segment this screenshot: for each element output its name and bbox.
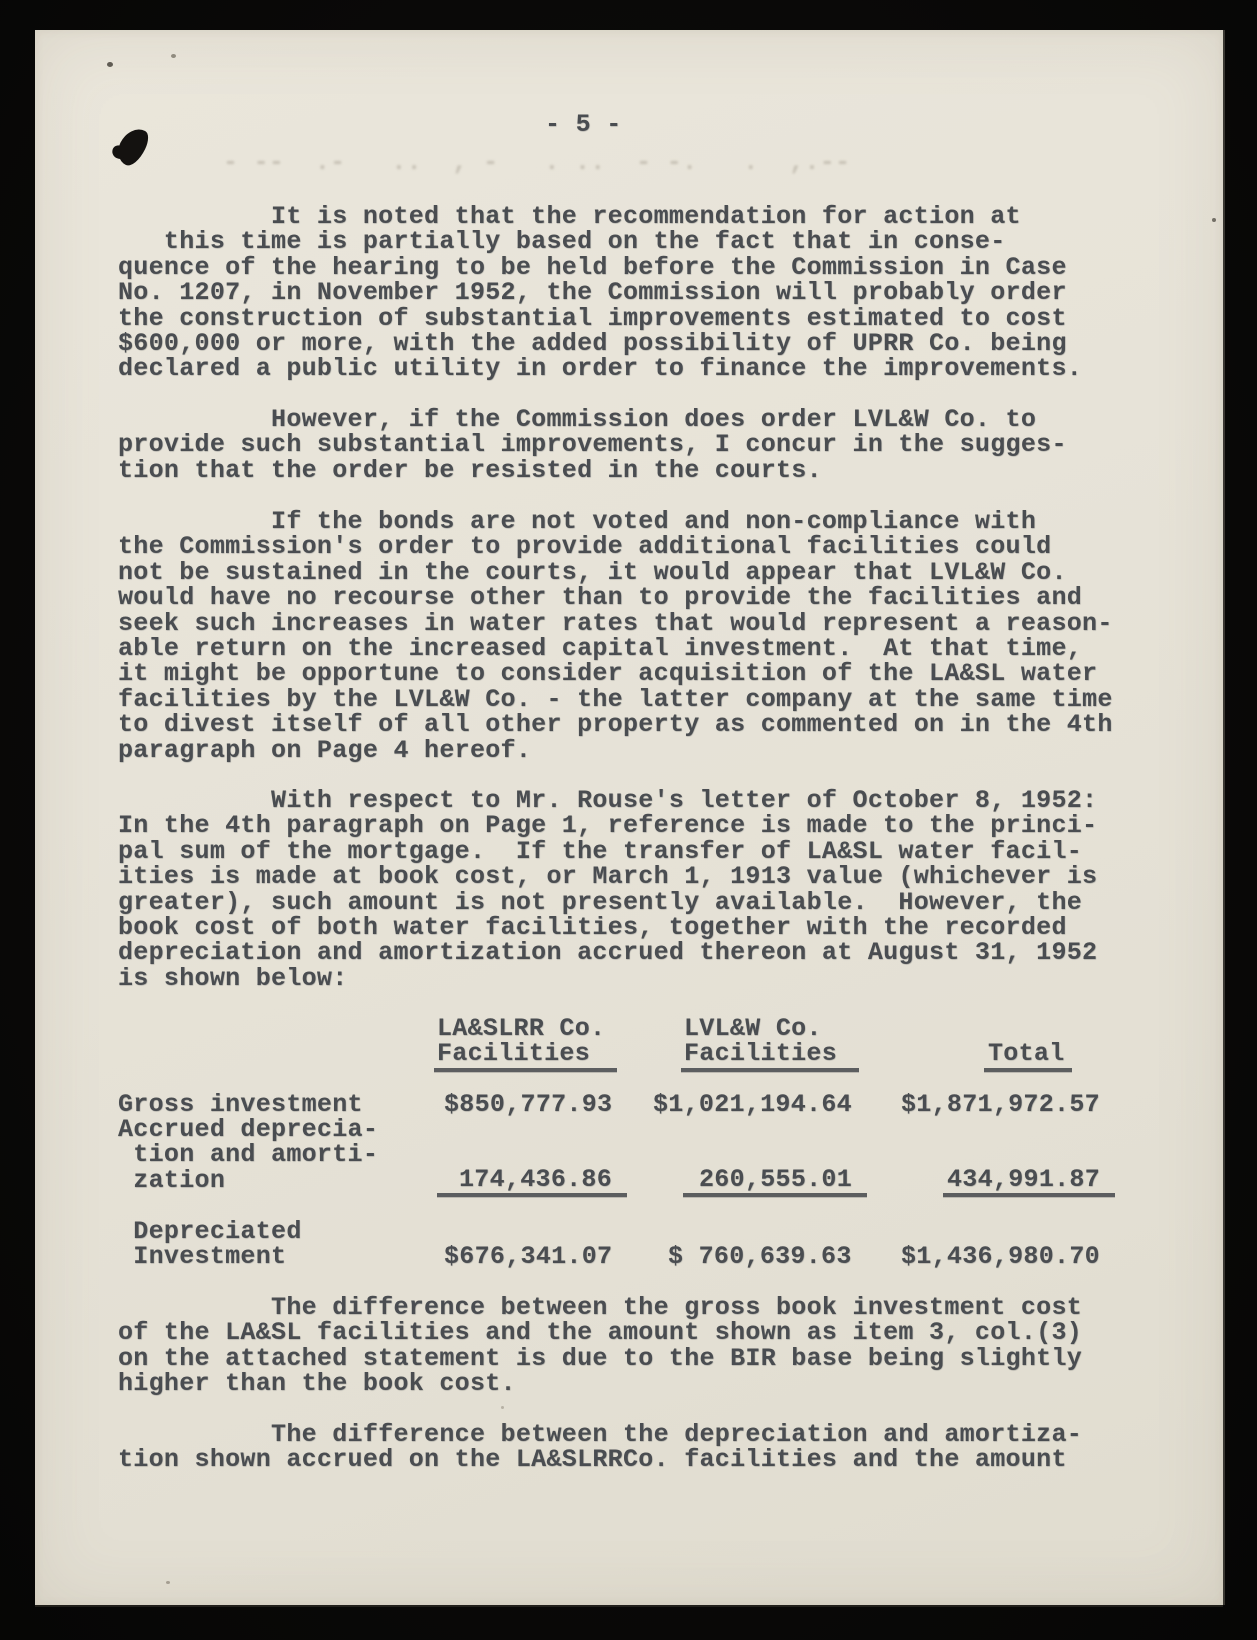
- paper-speck: [166, 1581, 170, 1584]
- paper-speck: [501, 1406, 504, 1409]
- ink-blot: [113, 123, 153, 169]
- paragraph-6: The difference between the depreciation …: [118, 1422, 1082, 1473]
- header-underline: [984, 1068, 1072, 1072]
- row-label-accrued-depreciation: Accrued deprecia- tion and amorti- zatio…: [118, 1117, 378, 1193]
- paragraph-1: It is noted that the recommendation for …: [118, 204, 1082, 382]
- ghost-type-impression: - -- .- .. , - . .. - -. . ,.--: [223, 150, 850, 175]
- page-number: - 5 -: [545, 112, 622, 137]
- gross-investment-laslrr: $850,777.93: [444, 1092, 612, 1117]
- paper-speck: [107, 62, 113, 67]
- header-underline: [681, 1068, 859, 1072]
- table-header-total: Total: [988, 1041, 1065, 1066]
- paragraph-4: With respect to Mr. Rouse's letter of Oc…: [118, 788, 1097, 991]
- paper-speck: [1212, 218, 1216, 222]
- subtotal-underline: [943, 1193, 1115, 1197]
- gross-investment-total: $1,871,972.57: [901, 1092, 1100, 1117]
- paragraph-2: However, if the Commission does order LV…: [118, 407, 1067, 483]
- row-label-gross-investment: Gross investment: [118, 1092, 363, 1117]
- depreciated-investment-total: $1,436,980.70: [901, 1244, 1100, 1269]
- subtotal-underline: [683, 1193, 867, 1197]
- header-underline: [434, 1068, 617, 1072]
- row-label-depreciated-investment: Depreciated Investment: [118, 1219, 302, 1270]
- depreciated-investment-lvlw: $ 760,639.63: [668, 1244, 852, 1269]
- paragraph-3: If the bonds are not voted and non-compl…: [118, 509, 1113, 763]
- table-header-laslrr-facilities: LA&SLRR Co. Facilities: [437, 1016, 605, 1067]
- depreciated-investment-laslrr: $676,341.07: [444, 1244, 612, 1269]
- paper-speck: [171, 54, 176, 58]
- accrued-depreciation-laslrr: 174,436.86: [459, 1167, 612, 1192]
- gross-investment-lvlw: $1,021,194.64: [653, 1092, 852, 1117]
- table-header-lvlw-facilities: LVL&W Co. Facilities: [684, 1016, 837, 1067]
- accrued-depreciation-lvlw: 260,555.01: [699, 1167, 852, 1192]
- paragraph-5: The difference between the gross book in…: [118, 1295, 1082, 1397]
- accrued-depreciation-total: 434,991.87: [947, 1167, 1100, 1192]
- subtotal-underline: [437, 1193, 627, 1197]
- scanned-document-page: - 5 - - -- .- .. , - . .. - -. . ,.-- It…: [35, 30, 1223, 1605]
